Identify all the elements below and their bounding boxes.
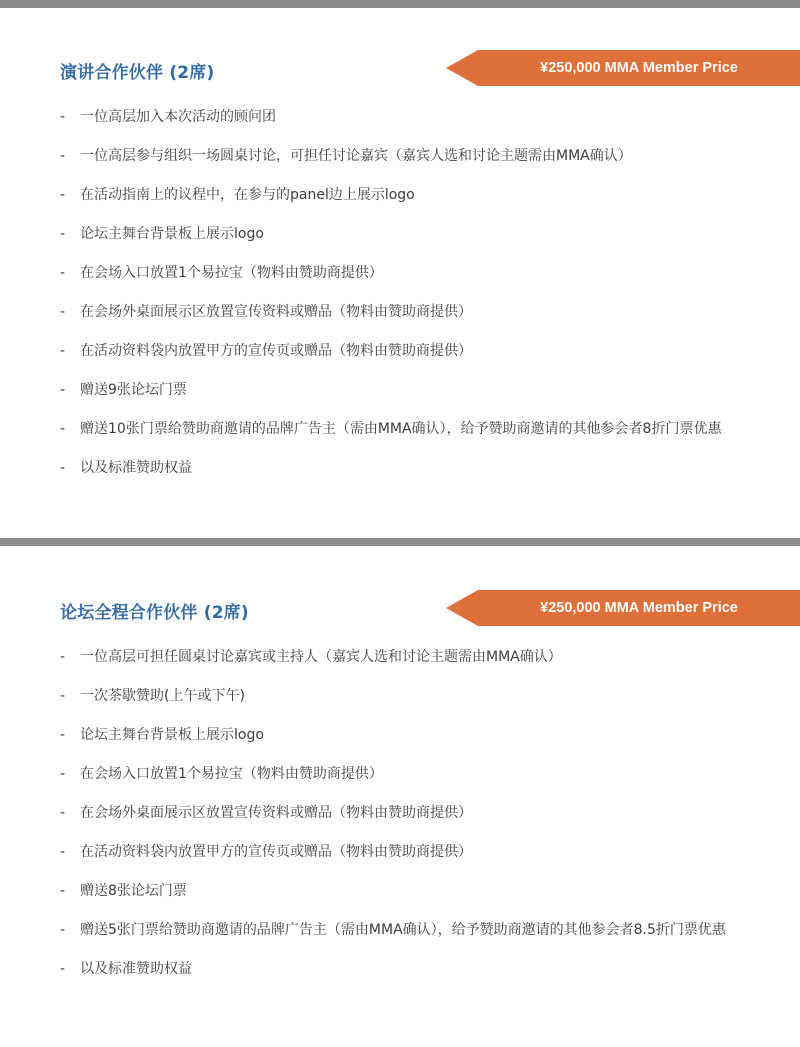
list-item: -以及标准赞助权益	[60, 960, 760, 978]
list-item-text: 赠送9张论坛门票	[80, 382, 187, 398]
dash-bullet-icon: -	[60, 960, 65, 978]
list-item-text: 一位高层参与组织一场圆桌讨论，可担任讨论嘉宾（嘉宾人选和讨论主题需由MMA确认）	[80, 148, 632, 164]
list-item-text: 在会场入口放置1个易拉宝（物料由赞助商提供）	[80, 766, 383, 782]
dash-bullet-icon: -	[60, 420, 65, 438]
dash-bullet-icon: -	[60, 108, 65, 126]
list-item: -在活动资料袋内放置甲方的宣传页或赠品（物料由赞助商提供）	[60, 342, 760, 360]
dash-bullet-icon: -	[60, 687, 65, 705]
package-title: 演讲合作伙伴 (2席)	[60, 58, 215, 83]
dash-bullet-icon: -	[60, 765, 65, 783]
list-item-text: 论坛主舞台背景板上展示logo	[80, 727, 264, 743]
dash-bullet-icon: -	[60, 264, 65, 282]
list-item: -论坛主舞台背景板上展示logo	[60, 225, 760, 243]
list-item: -论坛主舞台背景板上展示logo	[60, 726, 760, 744]
dash-bullet-icon: -	[60, 843, 65, 861]
dash-bullet-icon: -	[60, 225, 65, 243]
list-item: -在会场入口放置1个易拉宝（物料由赞助商提供）	[60, 264, 760, 282]
list-item: -赠送8张论坛门票	[60, 882, 760, 900]
price-label: ¥250,000 MMA Member Price	[478, 590, 800, 626]
list-item: -一次茶歇赞助(上午或下午)	[60, 687, 760, 705]
dash-bullet-icon: -	[60, 342, 65, 360]
dash-bullet-icon: -	[60, 648, 65, 666]
list-item: -赠送5张门票给赞助商邀请的品牌广告主（需由MMA确认），给予赞助商邀请的其他参…	[60, 921, 760, 939]
dash-bullet-icon: -	[60, 147, 65, 165]
dash-bullet-icon: -	[60, 459, 65, 477]
list-item-text: 在活动资料袋内放置甲方的宣传页或赠品（物料由赞助商提供）	[80, 844, 472, 860]
top-divider	[0, 0, 800, 8]
list-item-text: 以及标准赞助权益	[80, 460, 192, 476]
section-divider	[0, 538, 800, 546]
package-title: 论坛全程合作伙伴 (2席)	[60, 598, 249, 623]
dash-bullet-icon: -	[60, 303, 65, 321]
list-item-text: 在会场外桌面展示区放置宣传资料或赠品（物料由赞助商提供）	[80, 304, 472, 320]
benefit-list: -一位高层可担任圆桌讨论嘉宾或主持人（嘉宾人选和讨论主题需由MMA确认） -一次…	[60, 648, 760, 999]
list-item-text: 以及标准赞助权益	[80, 961, 192, 977]
list-item-text: 在活动资料袋内放置甲方的宣传页或赠品（物料由赞助商提供）	[80, 343, 472, 359]
dash-bullet-icon: -	[60, 186, 65, 204]
price-label: ¥250,000 MMA Member Price	[478, 50, 800, 86]
price-tag: ¥250,000 MMA Member Price	[446, 50, 800, 86]
list-item: -在活动资料袋内放置甲方的宣传页或赠品（物料由赞助商提供）	[60, 843, 760, 861]
benefit-list: -一位高层加入本次活动的顾问团 -一位高层参与组织一场圆桌讨论，可担任讨论嘉宾（…	[60, 108, 760, 498]
dash-bullet-icon: -	[60, 381, 65, 399]
list-item-text: 一位高层加入本次活动的顾问团	[80, 109, 276, 125]
list-item-text: 赠送8张论坛门票	[80, 883, 187, 899]
list-item: -在会场外桌面展示区放置宣传资料或赠品（物料由赞助商提供）	[60, 303, 760, 321]
dash-bullet-icon: -	[60, 726, 65, 744]
list-item: -以及标准赞助权益	[60, 459, 760, 477]
list-item: -在会场外桌面展示区放置宣传资料或赠品（物料由赞助商提供）	[60, 804, 760, 822]
list-item-text: 一位高层可担任圆桌讨论嘉宾或主持人（嘉宾人选和讨论主题需由MMA确认）	[80, 649, 562, 665]
list-item-text: 赠送5张门票给赞助商邀请的品牌广告主（需由MMA确认），给予赞助商邀请的其他参会…	[80, 922, 726, 938]
dash-bullet-icon: -	[60, 921, 65, 939]
list-item-text: 赠送10张门票给赞助商邀请的品牌广告主（需由MMA确认），给予赞助商邀请的其他参…	[80, 421, 721, 437]
dash-bullet-icon: -	[60, 804, 65, 822]
list-item: -赠送9张论坛门票	[60, 381, 760, 399]
list-item: -一位高层可担任圆桌讨论嘉宾或主持人（嘉宾人选和讨论主题需由MMA确认）	[60, 648, 760, 666]
dash-bullet-icon: -	[60, 882, 65, 900]
list-item: -一位高层加入本次活动的顾问团	[60, 108, 760, 126]
list-item: -在活动指南上的议程中，在参与的panel边上展示logo	[60, 186, 760, 204]
list-item-text: 论坛主舞台背景板上展示logo	[80, 226, 264, 242]
list-item: -赠送10张门票给赞助商邀请的品牌广告主（需由MMA确认），给予赞助商邀请的其他…	[60, 420, 760, 438]
list-item-text: 一次茶歇赞助(上午或下午)	[80, 688, 245, 704]
list-item-text: 在会场外桌面展示区放置宣传资料或赠品（物料由赞助商提供）	[80, 805, 472, 821]
list-item: -在会场入口放置1个易拉宝（物料由赞助商提供）	[60, 765, 760, 783]
list-item-text: 在活动指南上的议程中，在参与的panel边上展示logo	[80, 187, 415, 203]
price-tag: ¥250,000 MMA Member Price	[446, 590, 800, 626]
list-item-text: 在会场入口放置1个易拉宝（物料由赞助商提供）	[80, 265, 383, 281]
list-item: -一位高层参与组织一场圆桌讨论，可担任讨论嘉宾（嘉宾人选和讨论主题需由MMA确认…	[60, 147, 760, 165]
